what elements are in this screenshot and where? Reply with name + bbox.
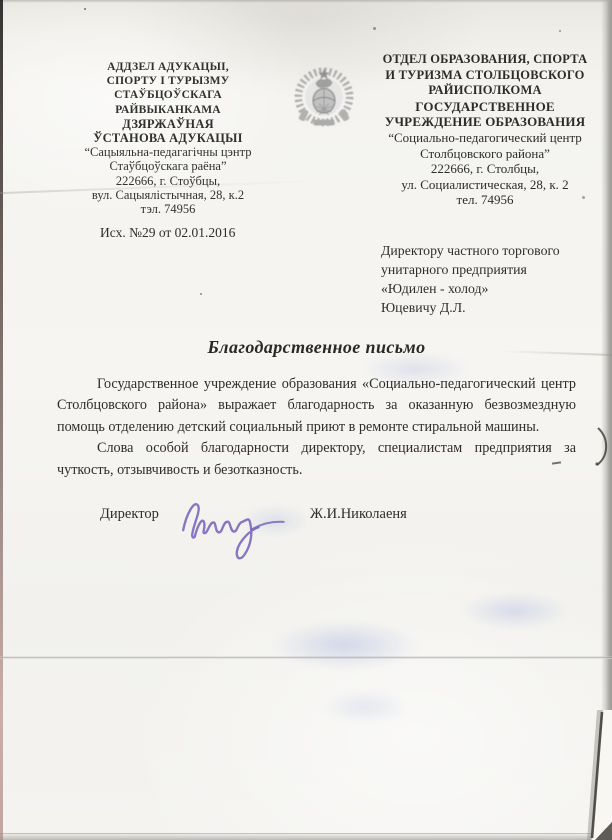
- sender-by-line: СПОРТУ І ТУРЫЗМУ: [60, 74, 276, 88]
- addressee-line: «Юдилен - холод»: [381, 279, 591, 298]
- sender-by-line: тэл. 74956: [60, 202, 276, 216]
- scanned-letter-page: АДДЗЕЛ АДУКАЦЫІ, СПОРТУ І ТУРЫЗМУ СТАЎБЦ…: [0, 0, 612, 840]
- paper-fold-crease: [0, 656, 612, 659]
- ink-bleed-smudge: [270, 620, 420, 670]
- sender-ru-line: 222666, г. Столбцы,: [364, 161, 606, 177]
- letter-body: Государственное учреждение образования «…: [57, 374, 576, 481]
- ink-bleed-smudge: [460, 592, 570, 630]
- sender-by-line: “Сацыяльна-педагагічны цэнтр: [60, 145, 276, 159]
- sender-ru-line: ОТДЕЛ ОБРАЗОВАНИЯ, СПОРТА: [364, 52, 606, 68]
- belarus-coat-of-arms-icon: [288, 54, 360, 136]
- signer-name: Ж.И.Николаеня: [310, 506, 407, 523]
- sender-by-line: АДДЗЕЛ АДУКАЦЫІ,: [60, 60, 276, 74]
- body-paragraph: Слова особой благодарности директору, сп…: [57, 438, 576, 481]
- scan-edge-bottom: [0, 833, 612, 840]
- body-paragraph: Государственное учреждение образования «…: [57, 374, 576, 438]
- scan-edge-top: [0, 0, 612, 3]
- sender-ru-line: тел. 74956: [364, 192, 606, 208]
- sender-by-line: ЎСТАНОВА АДУКАЦЫІ: [60, 131, 276, 145]
- ink-bleed-smudge: [320, 690, 410, 724]
- scan-edge-left: [0, 0, 3, 840]
- sender-by-line: СТАЎБЦОЎСКАГА: [60, 88, 276, 102]
- addressee-line: Директору частного торгового: [381, 241, 591, 260]
- sender-by-line: 222666, г. Стоўбцы,: [60, 174, 276, 188]
- sender-ru-line: ГОСУДАРСТВЕННОЕ: [364, 99, 606, 115]
- sender-ru-line: “Социально-педагогический центр: [364, 130, 606, 146]
- dust-speck: [200, 293, 202, 295]
- sender-ru-line: И ТУРИЗМА СТОЛБЦОВСКОГО: [364, 68, 606, 84]
- dust-speck: [84, 8, 86, 10]
- sender-by-line: вул. Сацыялістычная, 28, к.2: [60, 188, 276, 202]
- dust-speck: [559, 30, 561, 32]
- sender-ru-line: ул. Социалистическая, 28, к. 2: [364, 177, 606, 193]
- sender-ru-line: УЧРЕЖДЕНИЕ ОБРАЗОВАНИЯ: [364, 114, 606, 130]
- sender-block-belarusian: АДДЗЕЛ АДУКАЦЫІ, СПОРТУ І ТУРЫЗМУ СТАЎБЦ…: [60, 60, 276, 216]
- signer-role: Директор: [100, 506, 159, 523]
- folded-corner: [572, 710, 612, 840]
- scan-line-bottom: [0, 833, 612, 834]
- sender-by-line: РАЙВЫКАНКАМА: [60, 103, 276, 117]
- sender-ru-line: РАЙИСПОЛКОМА: [364, 83, 606, 99]
- page-curl-mark: [592, 420, 612, 475]
- sender-block-russian: ОТДЕЛ ОБРАЗОВАНИЯ, СПОРТА И ТУРИЗМА СТОЛ…: [364, 52, 606, 208]
- handwritten-signature: [176, 485, 292, 569]
- addressee-line: унитарного предприятия: [381, 260, 591, 279]
- outgoing-ref-number: Исх. №29 от 02.01.2016: [100, 225, 235, 241]
- sender-ru-line: Столбцовского района”: [364, 146, 606, 162]
- addressee-block: Директору частного торгового унитарного …: [381, 241, 591, 317]
- sender-by-line: Стаўбцоўскага раёна”: [60, 159, 276, 173]
- sender-by-line: ДЗЯРЖАЎНАЯ: [60, 117, 276, 131]
- addressee-line: Юцевичу Д.Л.: [381, 298, 591, 317]
- letter-title: Благодарственное письмо: [57, 337, 576, 358]
- dust-speck: [373, 27, 376, 30]
